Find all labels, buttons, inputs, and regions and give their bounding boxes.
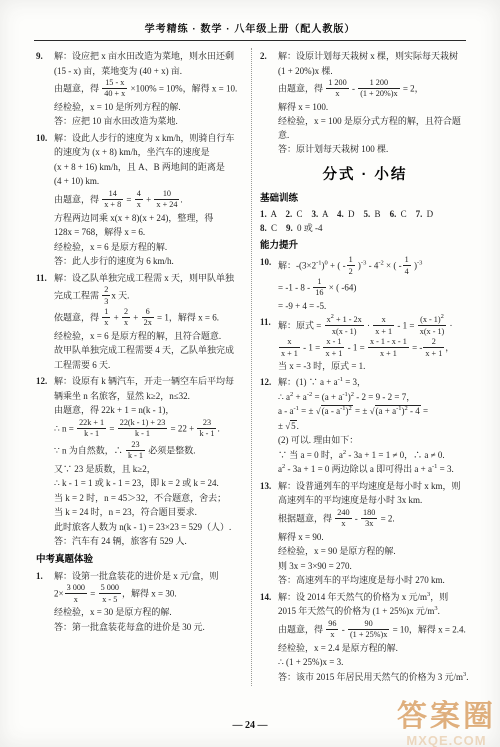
- solution-line: 答：汽车有 24 辆，旅客有 529 人.: [54, 535, 246, 549]
- fraction: 5 000x - 5: [99, 583, 121, 604]
- item-number: 12.: [36, 374, 54, 549]
- solution-line: 答：该市 2015 年居民用天然气的价格为 3 元/m3.: [278, 671, 470, 685]
- answer-number: 1.: [260, 209, 267, 219]
- solution-line: 解得 x = 100.: [278, 101, 470, 115]
- item-number: 12.: [260, 375, 278, 478]
- fraction: x - 1 - x - 1x + 1: [368, 337, 409, 358]
- superscript: -1: [396, 405, 401, 412]
- solution-line: ∵ 当 a = 0 时，a2 - 3a + 1 = 1 ≠ 0，∴ a ≠ 0.: [278, 449, 470, 463]
- content-columns: 9.解：设应把 x 亩水田改造为菜地，则水田还剩(15 - x) 亩，菜地变为 …: [0, 41, 500, 686]
- solution-line: 由题意，得 1 200x - 1 200(1 + 20%)x = 2，: [278, 79, 470, 100]
- fraction: 3 000x: [65, 583, 87, 604]
- item-body: 解：原式 = x2 + 1 - 2xx(x - 1) · xx + 1 - 1 …: [278, 315, 470, 374]
- fraction: 23: [102, 285, 110, 306]
- solution-item: 13.解：设普通列车的平均速度是每小时 x km，则高速列车的平均速度是每小时 …: [260, 479, 470, 589]
- solution-item: 10.解：设此人步行的速度为 x km/h，则骑自行车的速度为 (x + 8) …: [36, 131, 246, 270]
- item-number: 11.: [36, 271, 54, 374]
- answer-line: 8. C 9. 0 或 -4: [260, 222, 470, 236]
- answer-number: 3.: [312, 209, 319, 219]
- solution-line: 依题意，得 1x + 2x + 62x = 1，解得 x = 6.: [54, 308, 246, 329]
- solution-line: 经检验，x = 100 是原分式方程的解，且符合题意.: [278, 115, 470, 142]
- solution-item: 1.解：设第一批盒装花的进价是 x 元/盒，则2×3 000x = 5 000x…: [36, 569, 246, 635]
- fraction: 116: [313, 277, 325, 298]
- fraction: 14x + 8: [102, 189, 123, 210]
- superscript: -1: [342, 391, 347, 398]
- answer-number: 4.: [337, 209, 344, 219]
- solution-line: 经检验，x = 30 是原方程的解.: [54, 606, 246, 620]
- fraction: 14: [403, 255, 411, 276]
- solution-line: 解：设原计划每天栽树 x 棵，则实际每天栽树: [278, 50, 470, 64]
- solution-line: ± √5.: [278, 420, 470, 434]
- item-number: 14.: [260, 590, 278, 685]
- section-heading: 能力提升: [260, 239, 470, 253]
- answer-line: 1. A 2. C 3. A 4. D 5. B 6. C 7. D: [260, 208, 470, 222]
- superscript: 0: [325, 260, 328, 267]
- solution-line: 解：-(3×2-1)0 + ( -12 )-3 - 4-2 × ( -14 )-…: [278, 256, 470, 277]
- square-root: √5: [285, 420, 296, 431]
- solution-line: 方程两边同乘 x(x + 8)(x + 24)，整理，得: [54, 212, 246, 226]
- item-body: 解：设此人步行的速度为 x km/h，则骑自行车的速度为 (x + 8) km/…: [54, 131, 246, 270]
- solution-line: 解：设原有 k 辆汽车，开走一辆空车后平均每: [54, 375, 246, 389]
- fraction: 240x: [335, 508, 351, 529]
- solution-line: 当 k = 2 时，n = 45＞32，不合题意，舍去；: [54, 492, 246, 506]
- solution-line: ∴ a2 + a-2 = (a + a-1)2 - 2 = 9 - 2 = 7，: [278, 391, 470, 405]
- solution-line: 经检验，x = 90 是原方程的解.: [278, 545, 470, 559]
- watermark-domain: MXQE.COM: [397, 734, 496, 747]
- solution-line: (1 + 20%)x 棵.: [278, 65, 470, 79]
- solution-line: ∵ n 为自然数，∴ 23k - 1 必须是整数.: [54, 441, 246, 462]
- solution-line: 2015 年天然气的价格为 (1 + 25%)x 元/m3.: [278, 605, 470, 619]
- solution-line: 由题意，得 14x + 8 = 4x + 10x + 24.: [54, 190, 246, 211]
- item-number: 10.: [260, 255, 278, 314]
- summary-title: 分式 · 小结: [260, 165, 470, 187]
- solution-item: 9.解：设应把 x 亩水田改造为菜地，则水田还剩(15 - x) 亩，菜地变为 …: [36, 49, 246, 130]
- fraction: x - 1x + 1: [323, 337, 344, 358]
- solution-line: 答：原计划每天栽树 100 棵.: [278, 143, 470, 157]
- superscript: -1: [338, 376, 343, 383]
- solution-line: 辆乘坐 n 名旅客，显然 k≥2，n≤32.: [54, 390, 246, 404]
- left-column: 9.解：设应把 x 亩水田改造为菜地，则水田还剩(15 - x) 亩，菜地变为 …: [36, 48, 246, 636]
- solution-line: 高速列车的平均速度是每小时 3x km.: [278, 494, 470, 508]
- solution-line: 故甲队单独完成工程需要 4 天，乙队单独完成: [54, 344, 246, 358]
- answer-number: 9.: [286, 223, 293, 233]
- fraction: 96x: [326, 619, 338, 640]
- superscript: 2: [282, 463, 285, 470]
- solution-line: xx + 1 - 1 = x - 1x + 1 - 1 = x - 1 - x …: [278, 338, 470, 359]
- solution-line: 解：设乙队单独完成工程需 x 天，则甲队单独: [54, 272, 246, 286]
- solution-line: 解：设第一批盒装花的进价是 x 元/盒，则: [54, 570, 246, 584]
- solution-line: 由题意，得 22k + 1 = n(k - 1)，: [54, 404, 246, 418]
- superscript: 3: [427, 591, 430, 598]
- fraction: 1 200x: [326, 78, 348, 99]
- workbook-page: 学考精练 · 数学 · 八年级上册（配人教版） 9.解：设应把 x 亩水田改造为…: [0, 0, 500, 747]
- section-heading: 基础训练: [260, 192, 470, 206]
- item-number: 9.: [36, 49, 54, 130]
- fraction: 1 200(1 + 20%)x: [358, 78, 399, 99]
- solution-line: 又∵ 23 是质数，且 k≥2，: [54, 463, 246, 477]
- solution-line: 答：高速列车的平均速度是每小时 270 km.: [278, 574, 470, 588]
- solution-line: 解：设普通列车的平均速度是每小时 x km，则: [278, 480, 470, 494]
- fraction: 1803x: [361, 508, 377, 529]
- item-body: 解：(1) ∵ a + a-1 = 3，∴ a2 + a-2 = (a + a-…: [278, 375, 470, 478]
- solution-line: 解：原式 = x2 + 1 - 2xx(x - 1) · xx + 1 - 1 …: [278, 316, 470, 337]
- solution-line: 完成工程需 23x 天.: [54, 286, 246, 307]
- solution-line: 则 3x = 3×90 = 270.: [278, 560, 470, 574]
- solution-line: 128x = 768，解得 x = 6.: [54, 226, 246, 240]
- answer-number: 7.: [416, 209, 423, 219]
- superscript: -1: [432, 463, 437, 470]
- section-heading: 中考真题体验: [36, 553, 246, 567]
- item-number: 13.: [260, 479, 278, 589]
- fraction: 2x + 1: [423, 337, 444, 358]
- solution-item: 14.解：设 2014 年天然气的价格为 x 元/m3，则2015 年天然气的价…: [260, 590, 470, 685]
- solution-line: 解：设 2014 年天然气的价格为 x 元/m3，则: [278, 591, 470, 605]
- solution-item: 11.解：原式 = x2 + 1 - 2xx(x - 1) · xx + 1 -…: [260, 315, 470, 374]
- solution-line: ∴ k - 1 = 1 或 k - 1 = 23，即 k = 2 或 k = 2…: [54, 477, 246, 491]
- solution-line: = -9 + 4 = -5.: [278, 300, 470, 314]
- fraction: 22k + 1k - 1: [77, 418, 106, 439]
- right-column: 2.解：设原计划每天栽树 x 棵，则实际每天栽树(1 + 20%)x 棵.由题意…: [251, 48, 470, 686]
- solution-line: 解：设应把 x 亩水田改造为菜地，则水田还剩: [54, 50, 246, 64]
- page-number: — 24 —: [0, 720, 500, 731]
- fraction: (x - 1)2x(x - 1): [418, 315, 447, 336]
- square-root: √(a - a-1)2: [316, 405, 353, 416]
- superscript: -3: [361, 260, 366, 267]
- solution-line: 由题意，得 96x - 90(1 + 25%)x = 10，解得 x = 2.4…: [278, 620, 470, 641]
- fraction: xx + 1: [279, 337, 300, 358]
- superscript: 2: [441, 313, 444, 320]
- answer-number: 6.: [390, 209, 397, 219]
- solution-line: 答：此人步行的速度为 6 km/h.: [54, 255, 246, 269]
- solution-item: 11.解：设乙队单独完成工程需 x 天，则甲队单独完成工程需 23x 天.依题意…: [36, 271, 246, 374]
- item-body: 解：设普通列车的平均速度是每小时 x km，则高速列车的平均速度是每小时 3x …: [278, 479, 470, 589]
- superscript: 2: [349, 405, 352, 412]
- superscript: 2: [351, 391, 354, 398]
- solution-line: 经检验，x = 10 是所列方程的解.: [54, 101, 246, 115]
- fraction: 2x: [122, 307, 130, 328]
- page-header: 学考精练 · 数学 · 八年级上册（配人教版）: [0, 0, 500, 41]
- solution-item: 10.解：-(3×2-1)0 + ( -12 )-3 - 4-2 × ( -14…: [260, 255, 470, 314]
- superscript: 2: [343, 449, 346, 456]
- item-number: 1.: [36, 569, 54, 635]
- fraction: 23k - 1: [197, 418, 216, 439]
- superscript: -1: [294, 405, 299, 412]
- solution-line: (4 + 10) km.: [54, 175, 246, 189]
- item-number: 10.: [36, 131, 54, 270]
- superscript: -1: [340, 405, 345, 412]
- solution-line: 解：设此人步行的速度为 x km/h，则骑自行车: [54, 132, 246, 146]
- solution-line: 的速度为 (x + 8) km/h，坐汽车的速度是: [54, 146, 246, 160]
- item-body: 解：设原计划每天栽树 x 棵，则实际每天栽树(1 + 20%)x 棵.由题意，得…: [278, 49, 470, 158]
- solution-line: 答：应把 10 亩水田改造为菜地.: [54, 115, 246, 129]
- item-body: 解：设第一批盒装花的进价是 x 元/盒，则2×3 000x = 5 000x -…: [54, 569, 246, 635]
- solution-line: 经检验，x = 2.4 是原方程的解.: [278, 642, 470, 656]
- solution-line: a - a-1 = ± √(a - a-1)2 = ± √(a + a-1)2 …: [278, 405, 470, 419]
- superscript: -1: [316, 260, 321, 267]
- superscript: -2: [307, 391, 312, 398]
- solution-line: 根据题意，得 240x - 1803x = 2.: [278, 509, 470, 530]
- solution-line: 工程需要 6 天.: [54, 359, 246, 373]
- solution-item: 12.解：(1) ∵ a + a-1 = 3，∴ a2 + a-2 = (a +…: [260, 375, 470, 478]
- superscript: 2: [331, 313, 334, 320]
- solution-item: 2.解：设原计划每天栽树 x 棵，则实际每天栽树(1 + 20%)x 棵.由题意…: [260, 49, 470, 158]
- solution-line: 经检验，x = 6 是原方程的解，且符合题意.: [54, 330, 246, 344]
- fraction: 62x: [142, 307, 154, 328]
- answer-number: 5.: [364, 209, 371, 219]
- item-body: 解：设原有 k 辆汽车，开走一辆空车后平均每辆乘坐 n 名旅客，显然 k≥2，n…: [54, 374, 246, 549]
- solution-line: 2×3 000x = 5 000x - 5，解得 x = 30.: [54, 584, 246, 605]
- solution-line: 答：第一批盒装花每盒的进价是 30 元.: [54, 621, 246, 635]
- item-number: 11.: [260, 315, 278, 374]
- answer-number: 2.: [286, 209, 293, 219]
- solution-line: ∴ n = 22k + 1k - 1 = 22(k - 1) + 23k - 1…: [54, 419, 246, 440]
- solution-line: 此时旅客人数为 n(k - 1) = 23×23 = 529（人）.: [54, 521, 246, 535]
- superscript: -3: [417, 260, 422, 267]
- fraction: 22(k - 1) + 23k - 1: [118, 418, 168, 439]
- solution-line: a2 - 3a + 1 = 0 两边除以 a 即可得出 a + a-1 = 3.: [278, 463, 470, 477]
- solution-line: 经检验，x = 6 是原方程的解.: [54, 241, 246, 255]
- fraction: 12: [347, 255, 355, 276]
- solution-line: (15 - x) 亩，菜地变为 (40 + x) 亩.: [54, 65, 246, 79]
- page-title: 学考精练 · 数学 · 八年级上册（配人教版）: [0, 20, 500, 35]
- solution-line: (2) 可以. 理由如下：: [278, 434, 470, 448]
- solution-line: 当 x = -3 时，原式 = 1.: [278, 360, 470, 374]
- solution-line: 解得 x = 90.: [278, 531, 470, 545]
- superscript: 3: [463, 671, 466, 678]
- solution-line: = -1 - 8 - 116 × ( -64): [278, 278, 470, 299]
- fraction: 23k - 1: [126, 440, 145, 461]
- answer-number: 8.: [260, 223, 267, 233]
- item-number: 2.: [260, 49, 278, 158]
- solution-line: 由题意，得 15 - x40 + x ×100% = 10%，解得 x = 10…: [54, 79, 246, 100]
- item-body: 解：设应把 x 亩水田改造为菜地，则水田还剩(15 - x) 亩，菜地变为 (4…: [54, 49, 246, 130]
- solution-line: 解：(1) ∵ a + a-1 = 3，: [278, 376, 470, 390]
- solution-item: 12.解：设原有 k 辆汽车，开走一辆空车后平均每辆乘坐 n 名旅客，显然 k≥…: [36, 374, 246, 549]
- item-body: 解：-(3×2-1)0 + ( -12 )-3 - 4-2 × ( -14 )-…: [278, 255, 470, 314]
- fraction: 15 - x40 + x: [102, 78, 127, 99]
- superscript: 2: [290, 391, 293, 398]
- fraction: x2 + 1 - 2xx(x - 1): [325, 315, 364, 336]
- solution-line: 当 k = 24 时，n = 23，符合题目要求.: [54, 506, 246, 520]
- solution-line: ∴ (1 + 25%)x = 3.: [278, 656, 470, 670]
- fraction: 4x: [135, 189, 143, 210]
- superscript: 2: [405, 405, 408, 412]
- fraction: 90(1 + 25%)x: [348, 619, 389, 640]
- solution-line: (x + 8 + 16) km/h，且 A、B 两地间的距离是: [54, 161, 246, 175]
- fraction: xx + 1: [373, 315, 394, 336]
- item-body: 解：设 2014 年天然气的价格为 x 元/m3，则2015 年天然气的价格为 …: [278, 590, 470, 685]
- fraction: 1x: [102, 307, 110, 328]
- superscript: 3: [434, 605, 437, 612]
- fraction: 10x + 24: [154, 189, 179, 210]
- superscript: -2: [378, 260, 383, 267]
- square-root: √(a + a-1)2 - 4: [370, 405, 421, 416]
- item-body: 解：设乙队单独完成工程需 x 天，则甲队单独完成工程需 23x 天.依题意，得 …: [54, 271, 246, 374]
